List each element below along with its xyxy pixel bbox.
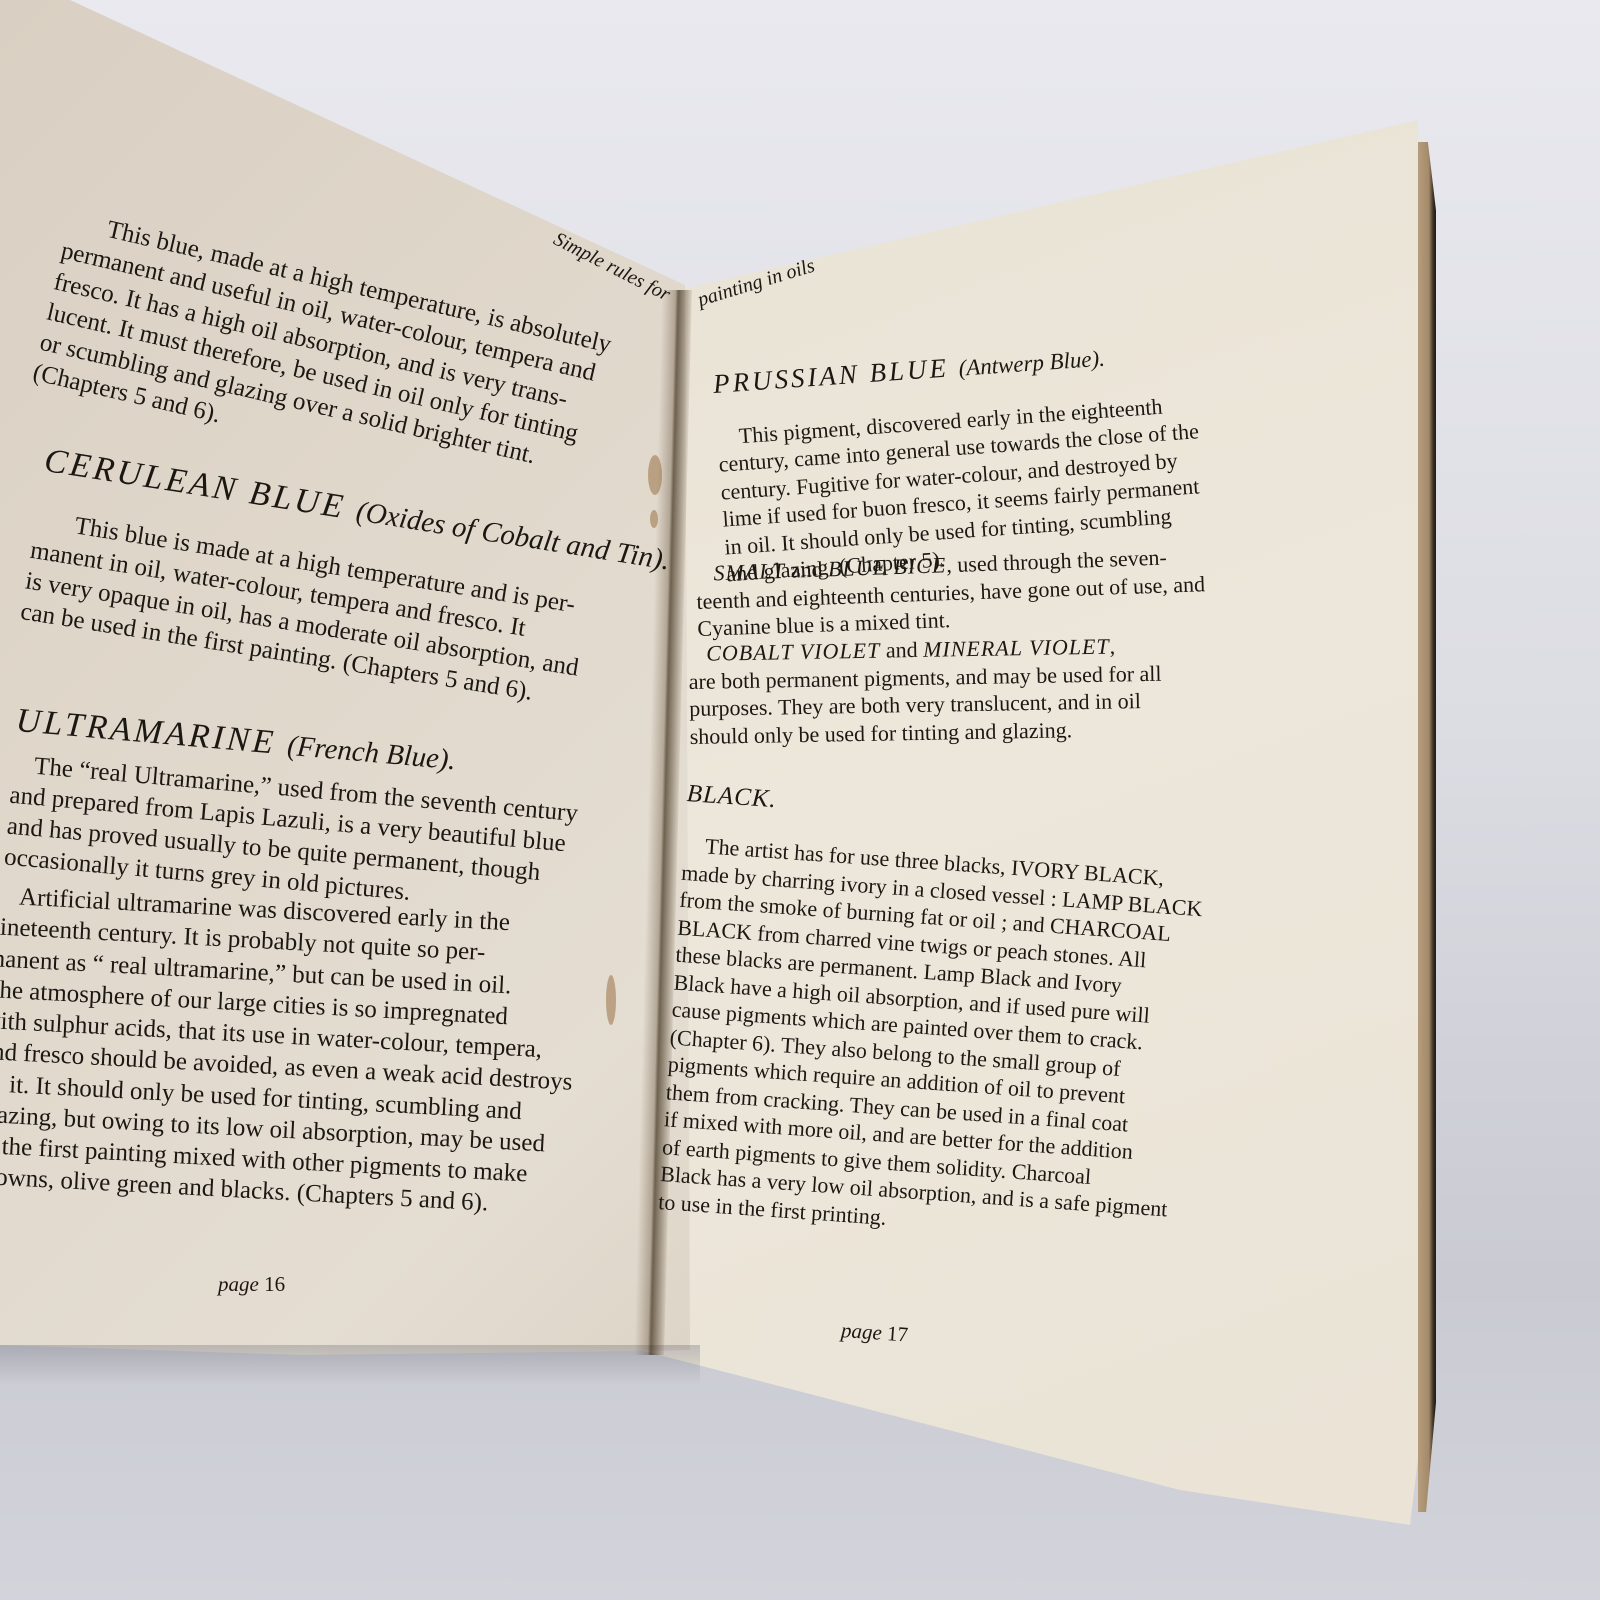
book-photo: Simple rules for painting in oils This b…: [0, 0, 1600, 1600]
folio-number: 16: [264, 1272, 285, 1296]
ultramarine-continued: Artificial ultramarine was discovered ea…: [0, 880, 581, 1223]
foxing-stain: [650, 510, 658, 528]
pigment-name: SMALT: [713, 558, 786, 585]
foxing-stain: [606, 975, 616, 1025]
black-section: BLACK. The artist has for use three blac…: [657, 778, 1209, 1252]
pigment-name: BLUE BICE: [828, 552, 947, 581]
joiner: and: [880, 637, 923, 663]
heading-subtitle: (French Blue).: [286, 730, 457, 777]
page-number-right: page 17: [840, 1318, 909, 1348]
heading-subtitle: (Antwerp Blue).: [958, 346, 1106, 381]
page-shadow: [0, 1345, 700, 1385]
book-fore-edge: [1418, 142, 1436, 1512]
pigment-name: COBALT VIOLET: [706, 638, 881, 666]
joiner: and: [785, 556, 829, 582]
pigment-name: MINERAL VIOLET: [923, 634, 1110, 662]
page-number-left: page 16: [218, 1272, 285, 1297]
heading-title: BLACK.: [686, 780, 778, 813]
line-rest: ,: [1109, 634, 1115, 659]
folio-label: page: [840, 1318, 882, 1345]
violets-section: COBALT VIOLET and MINERAL VIOLET, are bo…: [688, 632, 1163, 750]
folio-number: 17: [886, 1321, 909, 1346]
folio-label: page: [218, 1272, 259, 1296]
foxing-stain: [648, 455, 662, 495]
